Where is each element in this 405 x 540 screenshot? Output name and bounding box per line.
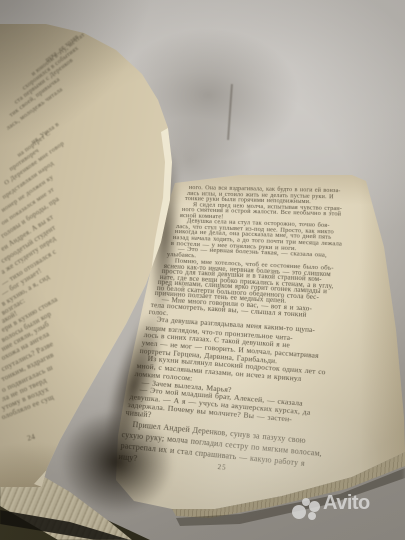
avito-logo-icon: [308, 512, 316, 520]
left-page-number: 24: [26, 432, 36, 443]
avito-logo-icon: [309, 501, 320, 512]
right-page-number: 25: [217, 463, 227, 472]
book-photo-scene: ного. Она вся вздрагивала, как будто в н…: [0, 0, 405, 540]
avito-watermark: Avito: [288, 490, 404, 530]
avito-logo-icon: [292, 505, 306, 519]
avito-wordmark: Avito: [323, 492, 370, 515]
